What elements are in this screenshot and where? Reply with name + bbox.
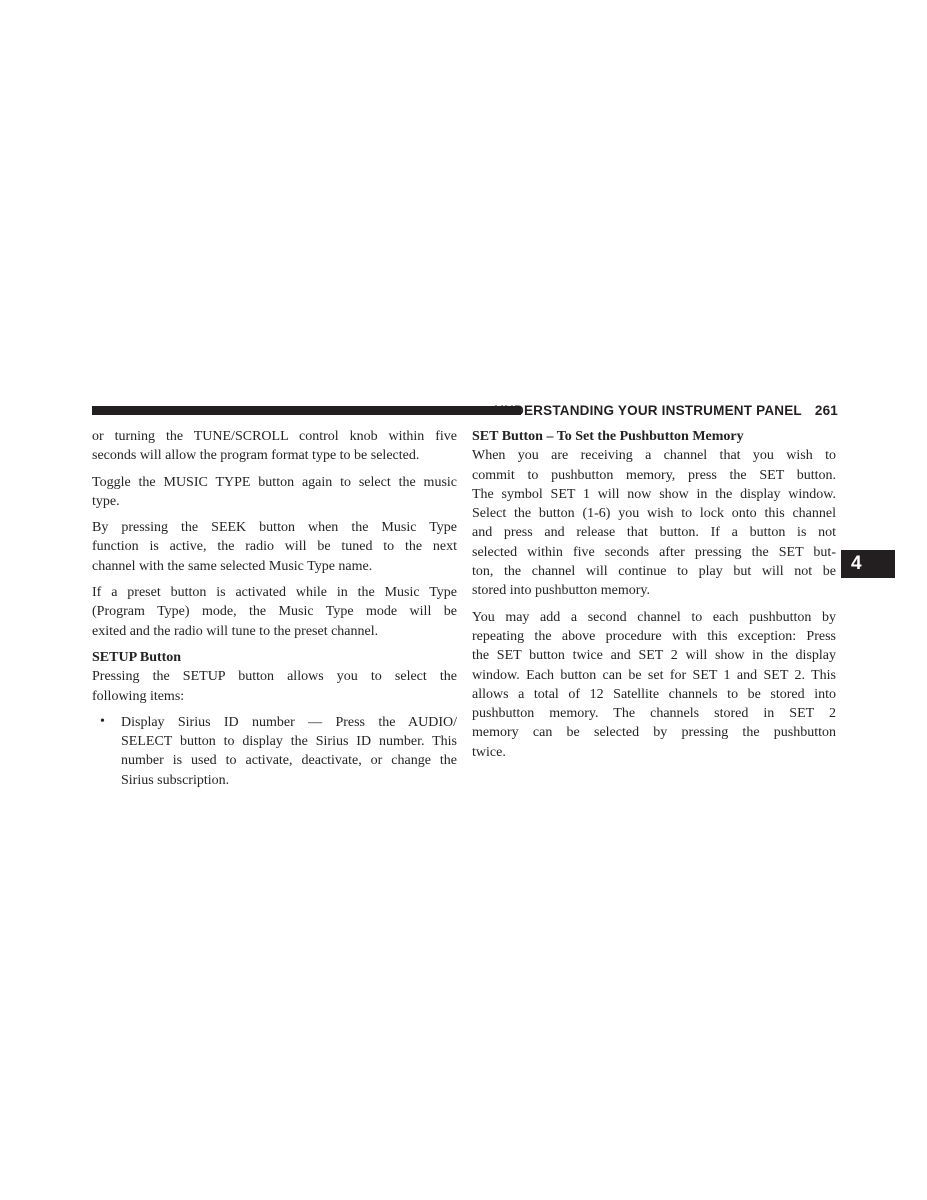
text-line: By pressing the SEEK button when the Mus… [92,518,457,537]
paragraph: If a preset button is activated while in… [92,583,457,641]
text-line: Select the button (1-6) you wish to lock… [472,504,836,523]
text-line: Pressing the SETUP button allows you to … [92,667,457,686]
right-column: SET Button – To Set the Pushbutton Memor… [472,427,836,769]
text-line: allows a total of 12 Satellite channels … [472,685,836,704]
text-line: the SET button twice and SET 2 will show… [472,646,836,665]
text-line: type. [92,492,457,511]
text-line: commit to pushbutton memory, press the S… [472,466,836,485]
paragraph: Toggle the MUSIC TYPE button again to se… [92,473,457,512]
bullet-icon: • [100,712,105,731]
paragraph: You may add a second channel to each pus… [472,608,836,762]
text-line: exited and the radio will tune to the pr… [92,622,457,641]
text-line: (Program Type) mode, the Music Type mode… [92,602,457,621]
paragraph: Pressing the SETUP button allows you to … [92,667,457,706]
text-line: following items: [92,687,457,706]
text-line: memory can be selected by pressing the p… [472,723,836,742]
chapter-number: 4 [851,553,862,574]
section-heading: SETUP Button [92,648,457,667]
bullet-item: •Display Sirius ID number — Press the AU… [92,713,457,790]
running-header: UNDERSTANDING YOUR INSTRUMENT PANEL261 [494,403,838,418]
header-title: UNDERSTANDING YOUR INSTRUMENT PANEL [494,403,802,418]
page-number: 261 [815,403,838,418]
text-line: seconds will allow the program format ty… [92,446,457,465]
text-line: selected within five seconds after press… [472,543,836,562]
text-line: repeating the above procedure with this … [472,627,836,646]
text-line: ton, the channel will continue to play b… [472,562,836,581]
paragraph: By pressing the SEEK button when the Mus… [92,518,457,576]
section-heading: SET Button – To Set the Pushbutton Memor… [472,427,836,446]
text-line: When you are receiving a channel that yo… [472,446,836,465]
text-line: twice. [472,743,836,762]
text-line: Display Sirius ID number — Press the AUD… [121,713,457,732]
header-rule-bar [92,406,521,415]
text-line: You may add a second channel to each pus… [472,608,836,627]
paragraph: When you are receiving a channel that yo… [472,446,836,600]
text-line: If a preset button is activated while in… [92,583,457,602]
text-line: Sirius subscription. [121,771,457,790]
text-line: pushbutton memory. The channels stored i… [472,704,836,723]
left-column: or turning the TUNE/SCROLL control knob … [92,427,457,797]
text-line: and press and release that button. If a … [472,523,836,542]
chapter-tab: 4 [841,550,895,578]
text-line: stored into pushbutton memory. [472,581,836,600]
text-line: or turning the TUNE/SCROLL control knob … [92,427,457,446]
text-line: The symbol SET 1 will now show in the di… [472,485,836,504]
text-line: number is used to activate, deactivate, … [121,751,457,770]
text-line: channel with the same selected Music Typ… [92,557,457,576]
paragraph: or turning the TUNE/SCROLL control knob … [92,427,457,466]
text-line: SELECT button to display the Sirius ID n… [121,732,457,751]
text-line: function is active, the radio will be tu… [92,537,457,556]
manual-page: UNDERSTANDING YOUR INSTRUMENT PANEL261 o… [0,0,927,1200]
text-line: Toggle the MUSIC TYPE button again to se… [92,473,457,492]
text-line: window. Each button can be set for SET 1… [472,666,836,685]
